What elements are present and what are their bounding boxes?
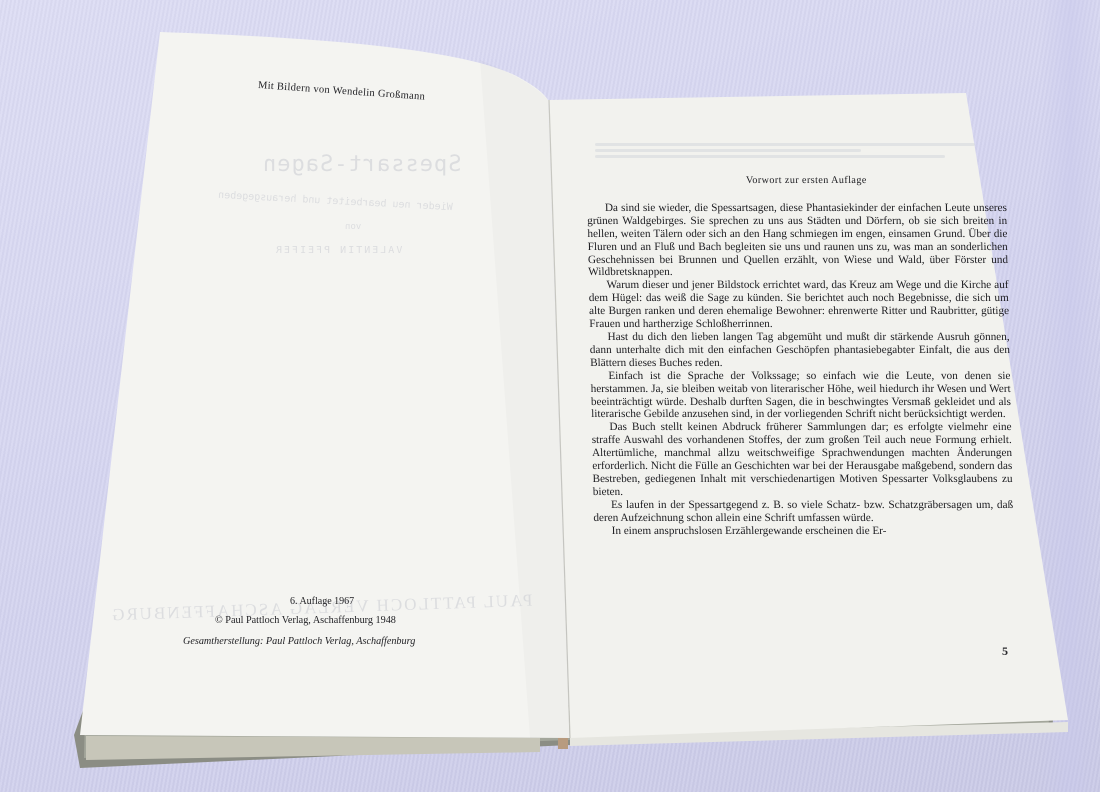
preface: Vorwort zur ersten Auflage Da sind sie w… [586, 175, 1014, 537]
ghost-line [595, 149, 861, 152]
preface-paragraph: Da sind sie wieder, die Spessartsagen, d… [587, 202, 1009, 279]
production-line: Gesamtherstellung: Paul Pattloch Verlag,… [183, 636, 415, 647]
preface-paragraph: Das Buch stellt keinen Abdruck früherer … [591, 421, 1013, 498]
show-through-title: Spessart-Sagen [262, 152, 461, 177]
edition-line: 6. Auflage 1967 [290, 596, 354, 607]
show-through-author: VALENTIN PFEIFER [274, 245, 402, 256]
ghost-line [595, 155, 945, 158]
preface-paragraph: In einem anspruchslosen Erzählergewande … [594, 525, 1014, 538]
show-through-von: von [345, 222, 361, 232]
ghost-line [595, 143, 975, 146]
copyright-line: © Paul Pattloch Verlag, Aschaffenburg 19… [215, 615, 396, 626]
show-through-right-page [595, 140, 975, 170]
preface-paragraph: Einfach ist die Sprache der Volkssage; s… [590, 370, 1011, 422]
preface-heading: Vorwort zur ersten Auflage [606, 175, 1006, 188]
page-number: 5 [1002, 644, 1008, 659]
preface-paragraph: Hast du dich den lieben langen Tag abgem… [589, 331, 1010, 370]
preface-paragraph: Es laufen in der Spessartgegend z. B. so… [593, 499, 1014, 525]
preface-paragraph: Warum dieser und jener Bildstock erricht… [588, 279, 1009, 331]
